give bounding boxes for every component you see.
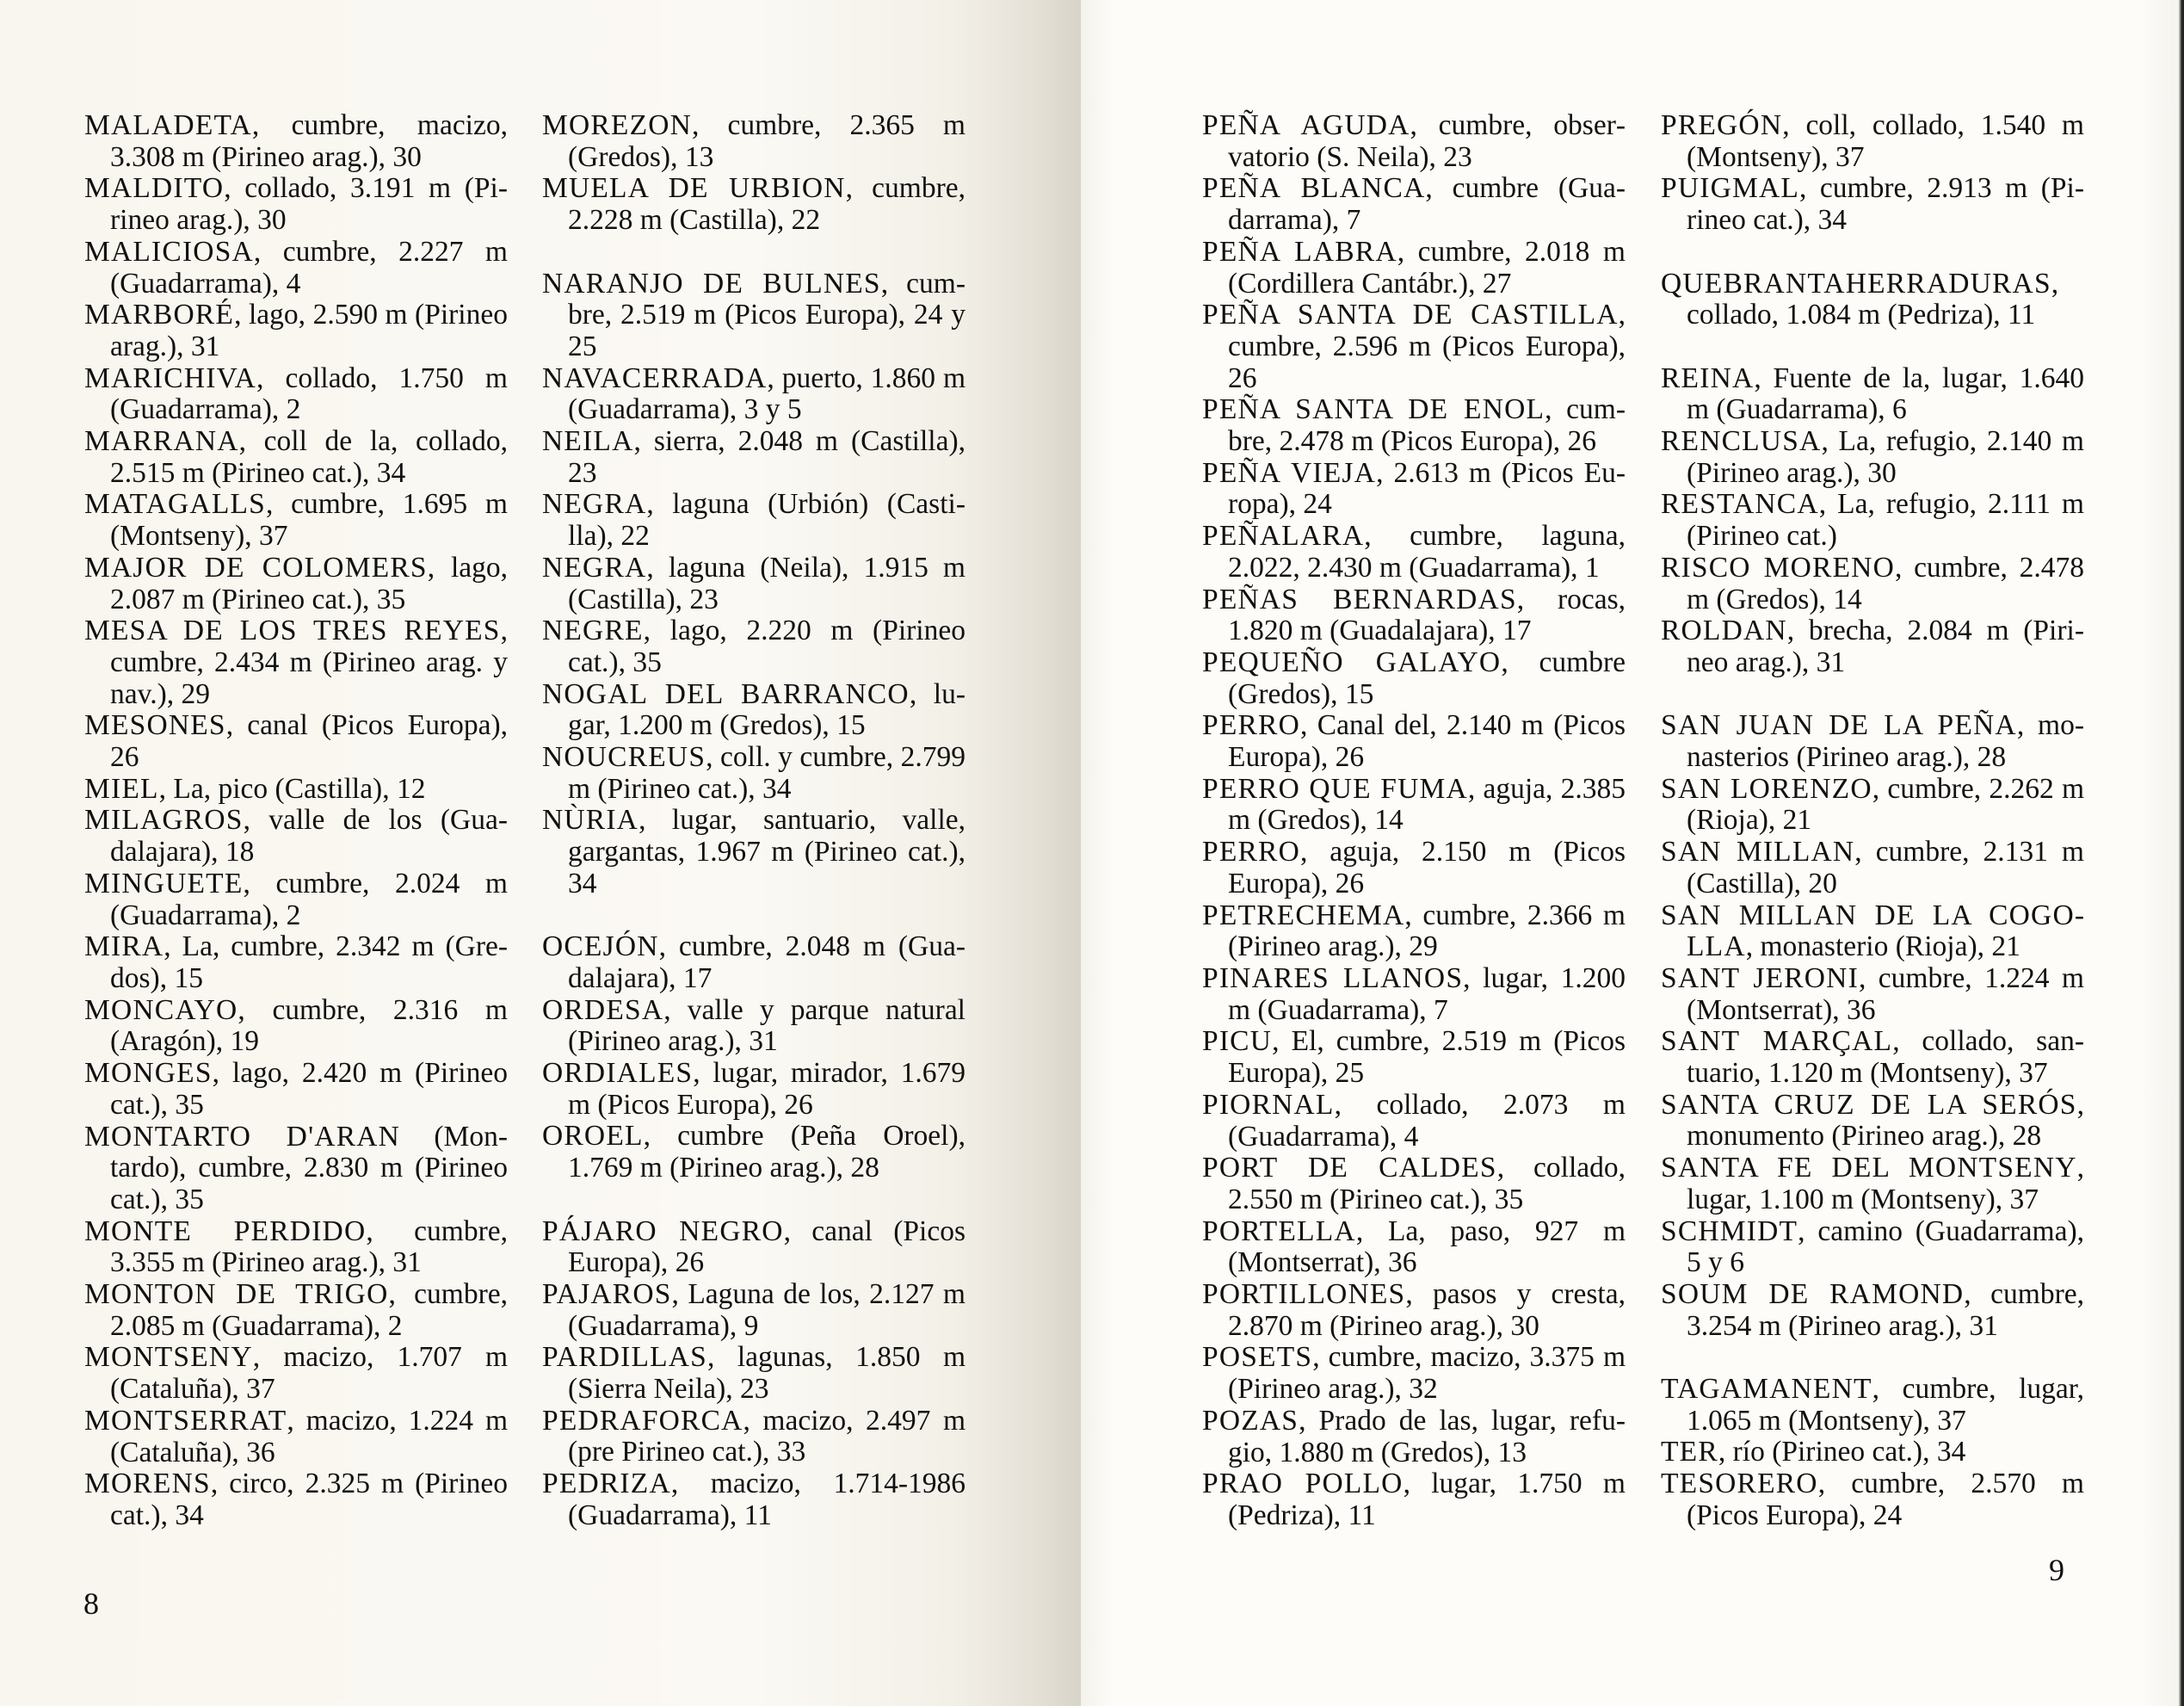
- entry-headword: PEÑA BLANCA: [1202, 172, 1425, 204]
- entry-headword: NEGRA: [542, 488, 646, 520]
- index-entry: SCHMIDT, camino (Guadarra­ma), 5 y 6: [1661, 1216, 2084, 1279]
- index-entry: POZAS, Prado de las, lugar, refu­gio, 1.…: [1202, 1406, 1626, 1468]
- entry-headword: NEGRE: [542, 615, 644, 646]
- entry-headword: NAVACERRADA: [542, 362, 767, 394]
- index-entry: SANT JERONI, cumbre, 1.224 m (Montserrat…: [1661, 963, 2084, 1026]
- index-entry: MARICHIVA, collado, 1.750 m (Guadarrama)…: [84, 363, 508, 426]
- entry-headword: MOREZON: [542, 109, 692, 141]
- index-column-4: PREGÓN, coll, collado, 1.540 m (Montseny…: [1661, 110, 2084, 1532]
- index-entry: SAN JUAN DE LA PEÑA, mo­nasterios (Pirin…: [1661, 710, 2084, 773]
- entry-headword: RENCLUSA: [1661, 425, 1821, 457]
- index-entry: TESORERO, cumbre, 2.570 m (Picos Europa)…: [1661, 1468, 2084, 1531]
- entry-headword: MIRA: [84, 930, 163, 962]
- entry-headword: PEÑA AGUDA: [1202, 109, 1410, 141]
- index-entry: RENCLUSA, La, refugio, 2.140 m (Pirineo …: [1661, 426, 2084, 489]
- index-entry: NÙRIA, lugar, santuario, valle, garganta…: [542, 805, 966, 899]
- index-entry: PUIGMAL, cumbre, 2.913 m (Pi­rineo cat.)…: [1661, 173, 2084, 236]
- entry-headword: PORT DE CALDES: [1202, 1152, 1497, 1184]
- index-entry: PERRO QUE FUMA, aguja, 2.385 m (Gredos),…: [1202, 774, 1626, 837]
- index-entry: MUELA DE URBION, cumbre, 2.228 m (Castil…: [542, 173, 966, 236]
- entry-headword: PREGÓN: [1661, 109, 1782, 141]
- index-entry: MONCAYO, cumbre, 2.316 m (Aragón), 19: [84, 995, 508, 1058]
- entry-description: , La, cumbre, 2.342 m (Gre­dos), 15: [110, 930, 508, 994]
- letter-section-gap: [542, 237, 966, 269]
- entry-headword: NEGRA: [542, 552, 646, 584]
- entry-description: , río (Pirineo cat.), 34: [1718, 1436, 1965, 1468]
- entry-headword: PICU: [1202, 1025, 1272, 1057]
- letter-section-gap: [1661, 331, 2084, 363]
- entry-headword: SANTA CRUZ DE LA SERÓS: [1661, 1089, 2077, 1121]
- index-entry: MONTSENY, macizo, 1.707 m (Cataluña), 37: [84, 1342, 508, 1405]
- index-entry: OCEJÓN, cumbre, 2.048 m (Gua­dalajara), …: [542, 931, 966, 994]
- index-entry: MONTON DE TRIGO, cumbre, 2.085 m (Guadar…: [84, 1279, 508, 1342]
- index-entry: PEÑA SANTA DE ENOL, cum­bre, 2.478 m (Pi…: [1202, 394, 1626, 457]
- index-entry: PARDILLAS, lagunas, 1.850 m (Sierra Neil…: [542, 1342, 966, 1405]
- index-entry: NOGAL DEL BARRANCO, lu­gar, 1.200 m (Gre…: [542, 679, 966, 742]
- index-entry: MESONES, canal (Picos Euro­pa), 26: [84, 710, 508, 773]
- entry-headword: SAN JUAN DE LA PEÑA: [1661, 709, 2017, 741]
- entry-headword: MONTON DE TRIGO: [84, 1278, 388, 1310]
- index-entry: NAVACERRADA, puerto, 1.860 m (Guadarrama…: [542, 363, 966, 426]
- index-entry: PEÑA LABRA, cumbre, 2.018 m (Cordillera …: [1202, 237, 1626, 300]
- index-entry: MESA DE LOS TRES REYES, cumbre, 2.434 m …: [84, 615, 508, 710]
- entry-headword: MONGES: [84, 1057, 213, 1089]
- entry-headword: MALICIOSA: [84, 236, 254, 268]
- index-entry: PICU, El, cumbre, 2.519 m (Picos Europa)…: [1202, 1026, 1626, 1089]
- index-entry: NOUCREUS, coll. y cumbre, 2.799 m (Pirin…: [542, 742, 966, 805]
- entry-headword: MILAGROS: [84, 804, 244, 836]
- index-entry: SANTA CRUZ DE LA SERÓS, monumento (Pirin…: [1661, 1090, 2084, 1153]
- index-entry: MONTARTO D'ARAN (Mon­tardo), cumbre, 2.8…: [84, 1122, 508, 1216]
- entry-headword: PERRO: [1202, 836, 1300, 868]
- entry-headword: PEÑALARA: [1202, 520, 1364, 552]
- entry-headword: TER: [1661, 1436, 1718, 1468]
- index-entry: MARBORÉ, lago, 2.590 m (Piri­neo arag.),…: [84, 300, 508, 362]
- letter-section-gap: [1661, 1342, 2084, 1374]
- book-spread: MALADETA, cumbre, macizo, 3.308 m (Pirin…: [0, 0, 2184, 1706]
- entry-headword: SANTA FE DEL MONTSENY: [1661, 1152, 2077, 1184]
- index-entry: PORT DE CALDES, collado, 2.550 m (Pirine…: [1202, 1153, 1626, 1215]
- entry-headword: PEÑA LABRA: [1202, 236, 1397, 268]
- entry-headword: ORDIALES: [542, 1057, 693, 1089]
- index-entry: MATAGALLS, cumbre, 1.695 m (Montseny), 3…: [84, 489, 508, 552]
- index-entry: ORDIALES, lugar, mirador, 1.679 m (Picos…: [542, 1058, 966, 1121]
- left-page: MALADETA, cumbre, macizo, 3.308 m (Pirin…: [0, 0, 1081, 1706]
- entry-headword: PEQUEÑO GALAYO: [1202, 646, 1501, 678]
- entry-headword: PORTILLONES: [1202, 1278, 1405, 1310]
- entry-headword: PIORNAL: [1202, 1089, 1335, 1121]
- index-entry: QUEBRANTAHERRADURAS, collado, 1.084 m (P…: [1661, 269, 2084, 331]
- right-page: PEÑA AGUDA, cumbre, obser­vatorio (S. Ne…: [1081, 0, 2184, 1706]
- index-entry: MORENS, circo, 2.325 m (Piri­neo cat.), …: [84, 1468, 508, 1531]
- entry-headword: PEÑA SANTA DE CASTILLA: [1202, 299, 1619, 331]
- index-entry: REINA, Fuente de la, lugar, 1.640 m (Gua…: [1661, 363, 2084, 426]
- index-entry: PERRO, aguja, 2.150 m (Picos Europa), 26: [1202, 837, 1626, 899]
- entry-headword: MUELA DE URBION: [542, 172, 846, 204]
- entry-headword: MAJOR DE COLOMERS: [84, 552, 428, 584]
- entry-description: , monasterio (Rioja), 21: [1746, 930, 2021, 962]
- entry-headword: PERRO QUE FUMA: [1202, 773, 1468, 805]
- index-entry: MILAGROS, valle de los (Gua­dalajara), 1…: [84, 805, 508, 868]
- entry-headword: NÙRIA: [542, 804, 639, 836]
- index-entry: POSETS, cumbre, macizo, 3.375 m (Pirineo…: [1202, 1342, 1626, 1405]
- entry-headword: NARANJO DE BULNES: [542, 268, 881, 300]
- index-entry: NEILA, sierra, 2.048 m (Castilla), 23: [542, 426, 966, 489]
- index-entry: SAN MILLAN, cumbre, 2.131 m (Castilla), …: [1661, 837, 2084, 899]
- entry-headword: OCEJÓN: [542, 930, 659, 962]
- index-entry: SAN LORENZO, cumbre, 2.262 m (Rioja), 21: [1661, 774, 2084, 837]
- entry-headword: PETRECHEMA: [1202, 899, 1404, 931]
- entry-headword: MONTSERRAT: [84, 1405, 287, 1437]
- page-number-left: 8: [83, 1585, 99, 1622]
- entry-headword: MESA DE LOS TRES REYES: [84, 615, 501, 646]
- index-entry: TER, río (Pirineo cat.), 34: [1661, 1437, 2084, 1468]
- entry-headword: QUEBRANTAHERRADURAS: [1661, 268, 2051, 300]
- index-entry: NARANJO DE BULNES, cum­bre, 2.519 m (Pic…: [542, 269, 966, 363]
- letter-section-gap: [542, 900, 966, 932]
- entry-headword: MINGUETE: [84, 868, 244, 899]
- index-entry: SOUM DE RAMOND, cumbre, 3.254 m (Pirineo…: [1661, 1279, 2084, 1342]
- index-entry: PINARES LLANOS, lugar, 1.200 m (Guadarra…: [1202, 963, 1626, 1026]
- index-entry: PÁJARO NEGRO, canal (Picos Europa), 26: [542, 1216, 966, 1279]
- entry-headword: MONTE PERDIDO: [84, 1215, 366, 1247]
- index-entry: RESTANCA, La, refugio, 2.111 m (Pirineo …: [1661, 489, 2084, 552]
- entry-headword: RESTANCA: [1661, 488, 1819, 520]
- index-entry: PEQUEÑO GALAYO, cumbre (Gredos), 15: [1202, 647, 1626, 710]
- index-entry: MIEL, La, pico (Castilla), 12: [84, 774, 508, 806]
- entry-headword: PORTELLA: [1202, 1215, 1356, 1247]
- letter-section-gap: [542, 1184, 966, 1216]
- entry-description: , El, cumbre, 2.519 m (Picos Europa), 25: [1228, 1025, 1626, 1089]
- index-entry: PEDRAFORCA, macizo, 2.497 m (pre Pirineo…: [542, 1406, 966, 1468]
- entry-headword: PÁJARO NEGRO: [542, 1215, 784, 1247]
- index-entry: PEÑAS BERNARDAS, rocas, 1.820 m (Guadala…: [1202, 584, 1626, 647]
- entry-headword: ROLDAN: [1661, 615, 1787, 646]
- entry-headword: POSETS: [1202, 1341, 1312, 1373]
- page-number-right: 9: [2049, 1552, 2064, 1588]
- entry-headword: SCHMIDT: [1661, 1215, 1798, 1247]
- entry-headword: NOGAL DEL BARRANCO: [542, 678, 910, 710]
- index-entry: PEÑA SANTA DE CASTILLA, cumbre, 2.596 m …: [1202, 300, 1626, 394]
- index-entry: MINGUETE, cumbre, 2.024 m (Guadarrama), …: [84, 868, 508, 931]
- index-entry: PEÑA BLANCA, cumbre (Gua­darrama), 7: [1202, 173, 1626, 236]
- entry-headword: SANT MARÇAL: [1661, 1025, 1892, 1057]
- index-entry: SANTA FE DEL MONTSENY, lugar, 1.100 m (M…: [1661, 1153, 2084, 1215]
- index-column-3: PEÑA AGUDA, cumbre, obser­vatorio (S. Ne…: [1202, 110, 1626, 1532]
- entry-headword: ORDESA: [542, 994, 663, 1026]
- index-entry: ROLDAN, brecha, 2.084 m (Piri­neo arag.)…: [1661, 615, 2084, 678]
- entry-headword: TESORERO: [1661, 1468, 1818, 1499]
- index-entry: MALICIOSA, cumbre, 2.227 m (Guadarrama),…: [84, 237, 508, 300]
- entry-headword: PRAO POLLO: [1202, 1468, 1404, 1499]
- index-entry: RISCO MORENO, cumbre, 2.478 m (Gredos), …: [1661, 553, 2084, 615]
- entry-headword: MIEL: [84, 773, 159, 805]
- index-entry: PEÑA AGUDA, cumbre, obser­vatorio (S. Ne…: [1202, 110, 1626, 173]
- index-entry: MARRANA, coll de la, collado, 2.515 m (P…: [84, 426, 508, 489]
- index-entry: PREGÓN, coll, collado, 1.540 m (Montseny…: [1661, 110, 2084, 173]
- index-entry: PERRO, Canal del, 2.140 m (Pi­cos Europa…: [1202, 710, 1626, 773]
- entry-headword: PEÑAS BERNARDAS: [1202, 584, 1517, 615]
- index-entry: MOREZON, cumbre, 2.365 m (Gredos), 13: [542, 110, 966, 173]
- index-entry: SAN MILLAN DE LA COGO­LLA, monasterio (R…: [1661, 900, 2084, 963]
- index-entry: NEGRA, laguna (Urbión) (Casti­lla), 22: [542, 489, 966, 552]
- index-entry: MONTE PERDIDO, cumbre, 3.355 m (Pirineo …: [84, 1216, 508, 1279]
- index-entry: NEGRA, laguna (Neila), 1.915 m (Castilla…: [542, 553, 966, 615]
- index-entry: ORDESA, valle y parque natural (Pirineo …: [542, 995, 966, 1058]
- entry-headword: PAJAROS: [542, 1278, 672, 1310]
- entry-description: , La, pico (Castilla), 12: [159, 773, 426, 805]
- entry-headword: PUIGMAL: [1661, 172, 1799, 204]
- index-entry: OROEL, cumbre (Peña Oroel), 1.769 m (Pir…: [542, 1121, 966, 1184]
- index-entry: NEGRE, lago, 2.220 m (Pirineo cat.), 35: [542, 615, 966, 678]
- letter-section-gap: [1661, 679, 2084, 711]
- entry-headword: PEÑA VIEJA: [1202, 457, 1376, 489]
- entry-headword: PEDRIZA: [542, 1468, 671, 1499]
- entry-headword: NEILA: [542, 425, 633, 457]
- index-entry: MIRA, La, cumbre, 2.342 m (Gre­dos), 15: [84, 931, 508, 994]
- entry-headword: MARICHIVA: [84, 362, 256, 394]
- index-entry: PORTELLA, La, paso, 927 m (Montserrat), …: [1202, 1216, 1626, 1279]
- entry-headword: TAGAMANENT: [1661, 1373, 1872, 1405]
- entry-headword: PEDRAFORCA: [542, 1405, 743, 1437]
- entry-headword: MARBORÉ: [84, 299, 234, 331]
- entry-headword: MONCAYO: [84, 994, 238, 1026]
- index-entry: PEÑA VIEJA, 2.613 m (Picos Eu­ropa), 24: [1202, 458, 1626, 521]
- letter-section-gap: [1661, 237, 2084, 269]
- index-entry: MALADETA, cumbre, macizo, 3.308 m (Pirin…: [84, 110, 508, 173]
- entry-headword: MONTSENY: [84, 1341, 253, 1373]
- index-entry: PORTILLONES, pasos y cresta, 2.870 m (Pi…: [1202, 1279, 1626, 1342]
- entry-headword: MORENS: [84, 1468, 211, 1499]
- index-entry: PIORNAL, collado, 2.073 m (Guadarrama), …: [1202, 1090, 1626, 1153]
- index-entry: PETRECHEMA, cumbre, 2.366 m (Pirineo ara…: [1202, 900, 1626, 963]
- entry-headword: SAN MILLAN: [1661, 836, 1854, 868]
- entry-headword: PARDILLAS: [542, 1341, 707, 1373]
- entry-headword: PERRO: [1202, 709, 1300, 741]
- entry-headword: MARRANA: [84, 425, 239, 457]
- entry-headword: PEÑA SANTA DE ENOL: [1202, 393, 1545, 425]
- entry-headword: RISCO MORENO: [1661, 552, 1895, 584]
- entry-headword: MALADETA: [84, 109, 252, 141]
- index-column-2: MOREZON, cumbre, 2.365 m (Gredos), 13MUE…: [542, 110, 966, 1532]
- index-entry: MONGES, lago, 2.420 m (Pirineo cat.), 35: [84, 1058, 508, 1121]
- index-entry: MONTSERRAT, macizo, 1.224 m (Cataluña), …: [84, 1406, 508, 1468]
- index-entry: SANT MARÇAL, collado, san­tuario, 1.120 …: [1661, 1026, 2084, 1089]
- entry-headword: REINA: [1661, 362, 1754, 394]
- entry-headword: SAN LORENZO: [1661, 773, 1872, 805]
- index-entry: MALDITO, collado, 3.191 m (Pi­rineo arag…: [84, 173, 508, 236]
- entry-headword: SOUM DE RAMOND: [1661, 1278, 1964, 1310]
- index-entry: PRAO POLLO, lugar, 1.750 m (Pedriza), 11: [1202, 1468, 1626, 1531]
- entry-headword: OROEL: [542, 1120, 644, 1152]
- entry-headword: NOUCREUS: [542, 741, 706, 773]
- index-entry: PAJAROS, Laguna de los, 2.127 m (Guadarr…: [542, 1279, 966, 1342]
- entry-headword: POZAS: [1202, 1405, 1299, 1437]
- entry-headword: PINARES LLANOS: [1202, 962, 1463, 994]
- index-entry: MAJOR DE COLOMERS, lago, 2.087 m (Pirine…: [84, 553, 508, 615]
- entry-headword: MATAGALLS: [84, 488, 266, 520]
- index-entry: PEÑALARA, cumbre, laguna, 2.022, 2.430 m…: [1202, 521, 1626, 584]
- entry-headword: MONTARTO D'ARAN: [84, 1121, 400, 1153]
- index-entry: TAGAMANENT, cumbre, lugar, 1.065 m (Mont…: [1661, 1374, 2084, 1437]
- entry-headword: SANT JERONI: [1661, 962, 1859, 994]
- entry-headword: MALDITO: [84, 172, 224, 204]
- index-column-1: MALADETA, cumbre, macizo, 3.308 m (Pirin…: [84, 110, 508, 1532]
- entry-headword: MESONES: [84, 709, 226, 741]
- index-entry: PEDRIZA, macizo, 1.714-1986 (Guadarrama)…: [542, 1468, 966, 1531]
